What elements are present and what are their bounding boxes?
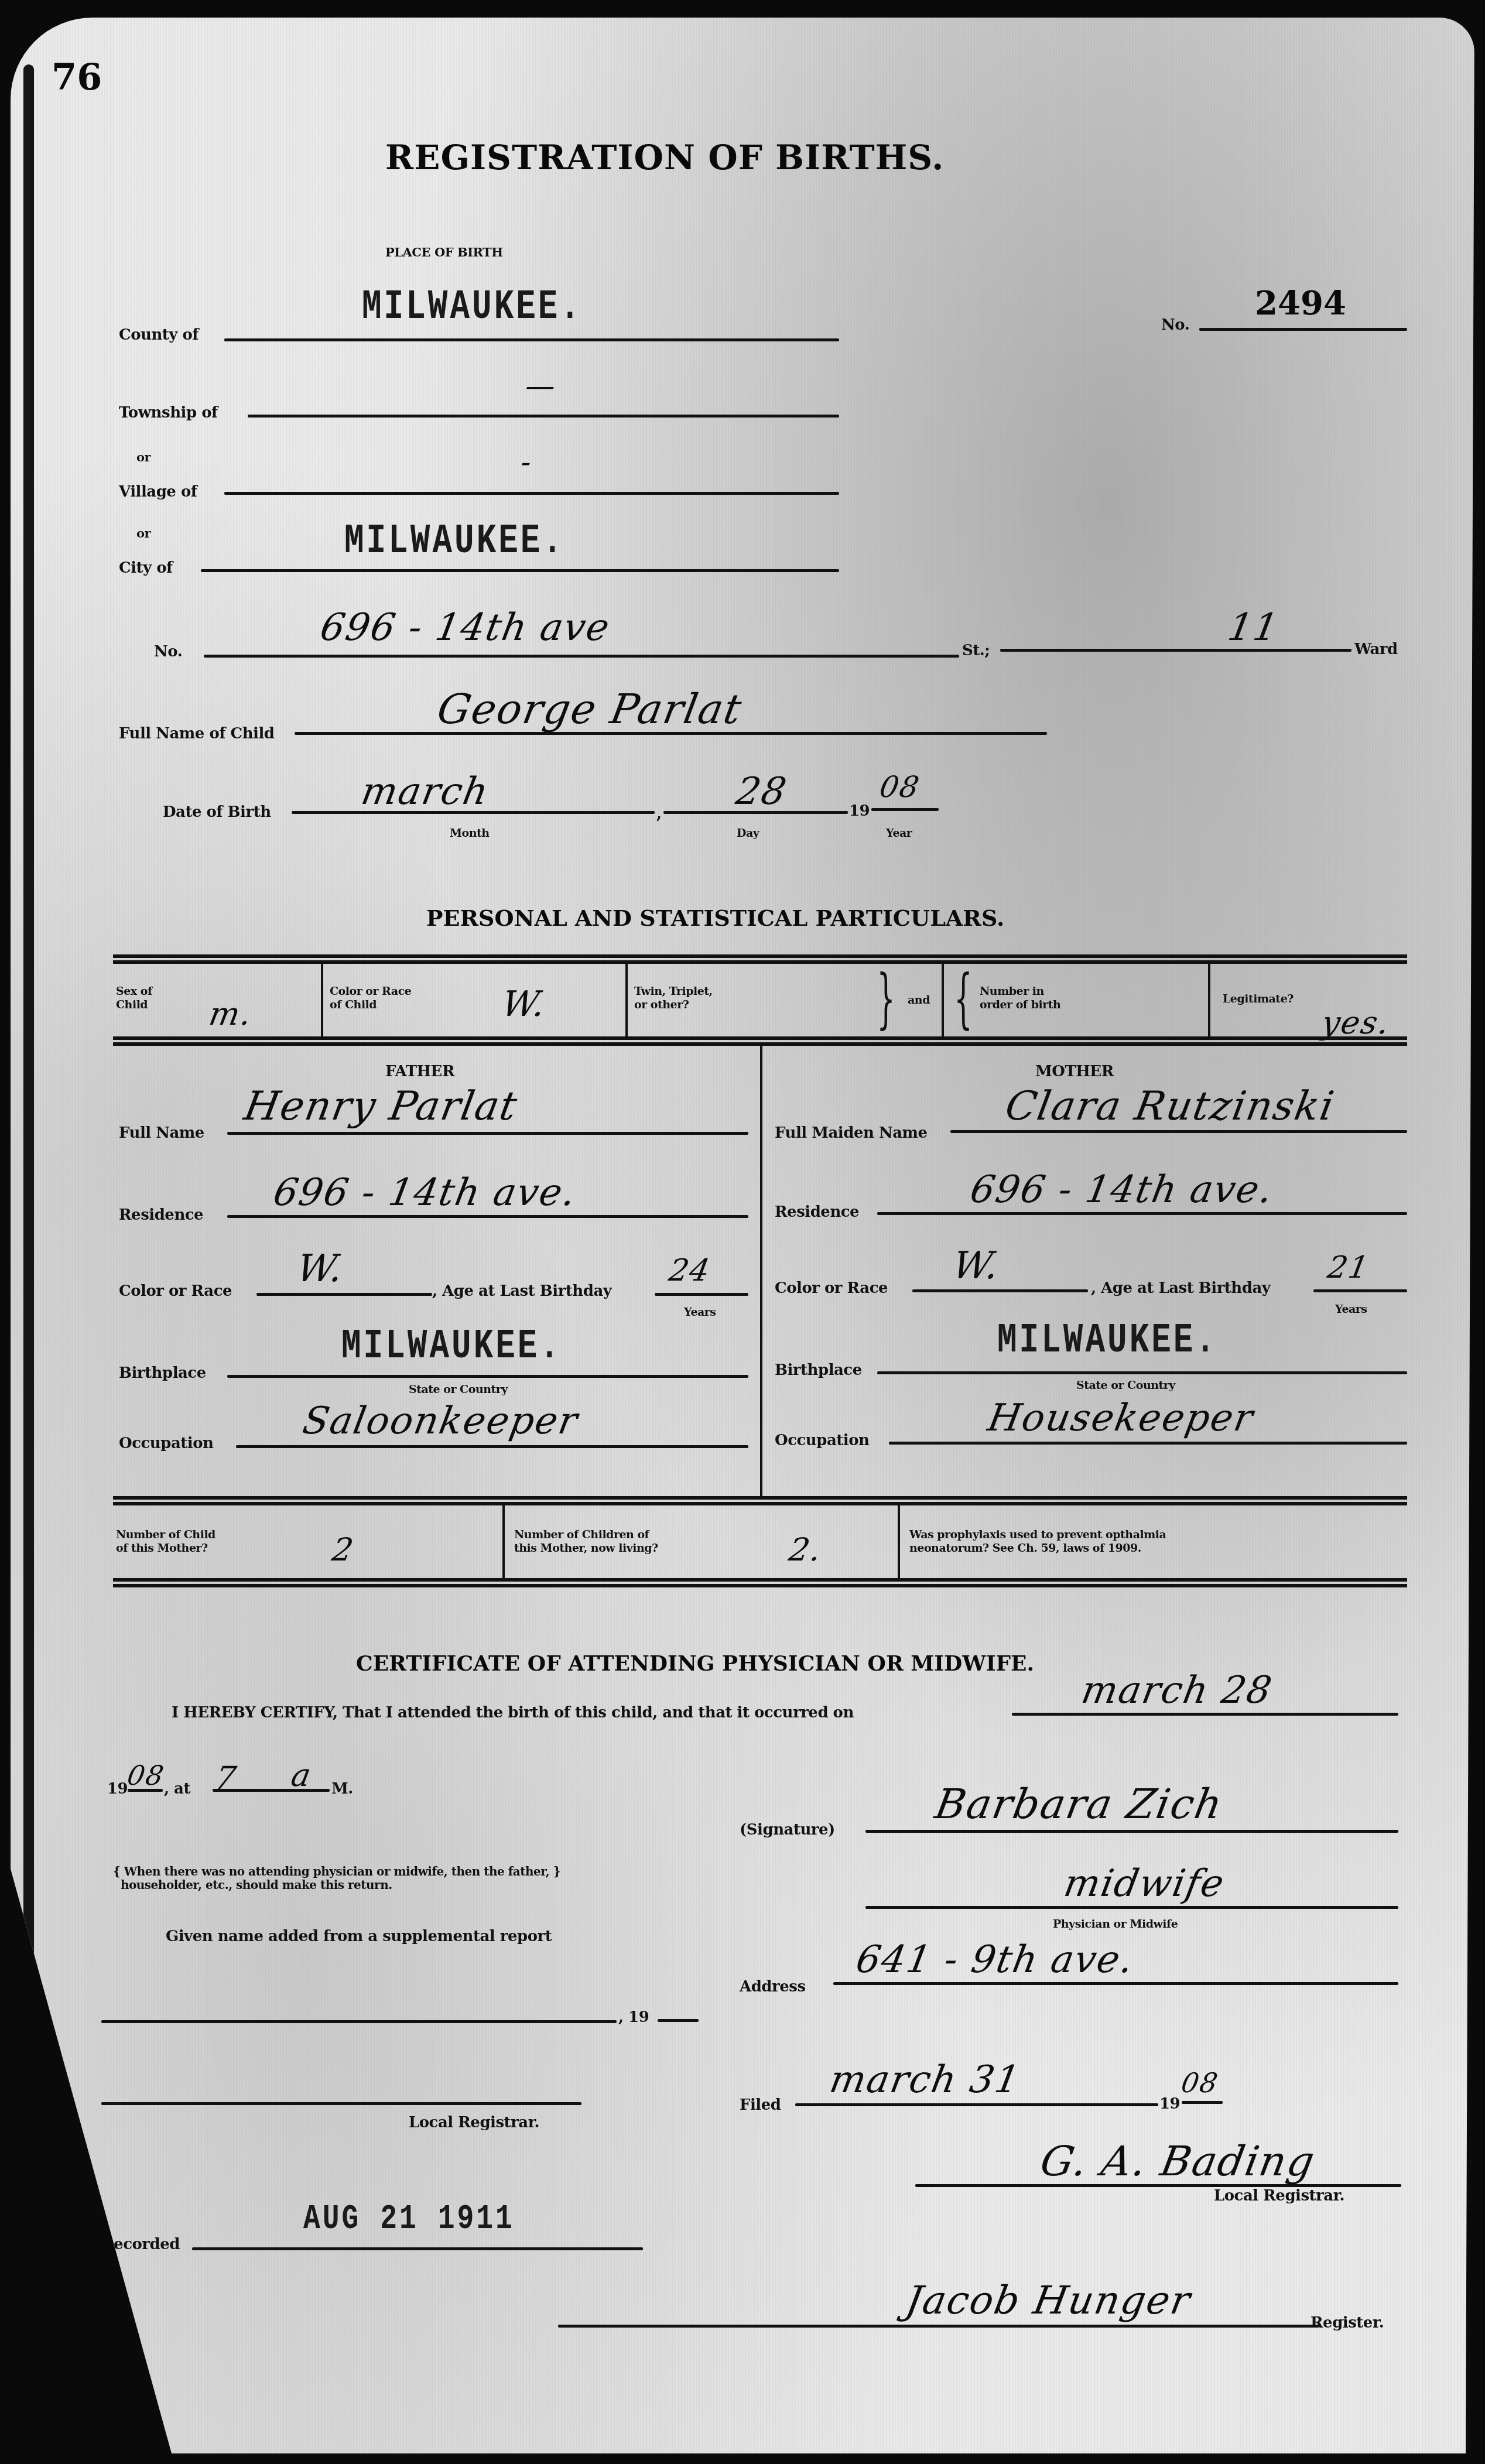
particulars-heading: PERSONAL AND STATISTICAL PARTICULARS. bbox=[426, 905, 1004, 931]
county-line bbox=[224, 338, 839, 341]
no-physician-note: { When there was no attending physician … bbox=[113, 1865, 560, 1892]
mother-race-label: Color or Race bbox=[775, 1279, 888, 1297]
street-address-value: 696 - 14th ave bbox=[317, 606, 613, 649]
particulars-bottom-rule bbox=[113, 1036, 1407, 1046]
father-heading: FATHER bbox=[385, 1063, 454, 1080]
father-race-label: Color or Race bbox=[119, 1282, 232, 1300]
dob-month-value: march bbox=[358, 770, 492, 813]
document-title: REGISTRATION OF BIRTHS. bbox=[385, 138, 944, 177]
father-age-value: 24 bbox=[666, 1253, 714, 1288]
or-separator-1: or bbox=[136, 450, 150, 464]
children-top-rule bbox=[113, 1496, 1407, 1505]
father-state-caption: State or Country bbox=[409, 1383, 508, 1397]
num-child-value: 2 bbox=[329, 1531, 357, 1568]
father-occupation-value: Saloonkeeper bbox=[299, 1399, 581, 1443]
mother-occupation-value: Housekeeper bbox=[984, 1397, 1257, 1440]
township-line bbox=[248, 415, 839, 417]
mother-years-caption: Years bbox=[1335, 1303, 1367, 1316]
mother-birthplace-value: MILWAUKEE. bbox=[997, 1317, 1217, 1364]
m-label: M. bbox=[331, 1780, 353, 1798]
child-name-value: George Parlat bbox=[434, 685, 746, 733]
recorded-label: Recorded bbox=[101, 2236, 180, 2253]
birth-order-label: Number inorder of birth bbox=[980, 985, 1060, 1012]
mother-occupation-label: Occupation bbox=[775, 1432, 869, 1449]
dob-day-value: 28 bbox=[733, 770, 790, 813]
children-bottom-rule bbox=[113, 1578, 1407, 1587]
given-name-note: Given name added from a supplemental rep… bbox=[166, 1928, 552, 1945]
local-registrar-signature: G. A. Bading bbox=[1037, 2137, 1319, 2185]
children-living-label: Number of Children ofthis Mother, now li… bbox=[514, 1528, 658, 1555]
father-name-label: Full Name bbox=[119, 1124, 204, 1142]
father-name-value: Henry Parlat bbox=[241, 1083, 521, 1130]
legitimate-value: yes. bbox=[1319, 1004, 1392, 1041]
filed-label: Filed bbox=[740, 2096, 781, 2114]
city-value: MILWAUKEE. bbox=[344, 518, 564, 564]
village-value: - bbox=[518, 445, 535, 479]
place-of-birth-heading: PLACE OF BIRTH bbox=[385, 245, 503, 259]
mother-name-label: Full Maiden Name bbox=[775, 1124, 928, 1142]
ward-line bbox=[1000, 649, 1351, 652]
or-separator-2: or bbox=[136, 526, 150, 540]
filed-year-prefix: 19 bbox=[1159, 2095, 1180, 2113]
sex-value: m. bbox=[206, 995, 255, 1032]
filed-year-value: 08 bbox=[1179, 2067, 1221, 2099]
father-occupation-label: Occupation bbox=[119, 1435, 213, 1452]
dob-label: Date of Birth bbox=[163, 803, 271, 821]
parents-divider bbox=[760, 1045, 762, 1496]
father-residence-label: Residence bbox=[119, 1206, 203, 1224]
address-label: Address bbox=[740, 1978, 806, 1996]
township-value: — bbox=[523, 369, 559, 403]
dob-year-line bbox=[871, 808, 939, 811]
mother-heading: MOTHER bbox=[1035, 1063, 1114, 1080]
attendant-address-value: 641 - 9th ave. bbox=[853, 1938, 1137, 1982]
street-line bbox=[204, 655, 959, 658]
mother-race-value: W. bbox=[949, 1244, 1003, 1288]
day-caption: Day bbox=[737, 827, 759, 840]
ward-label: Ward bbox=[1354, 641, 1398, 658]
father-race-value: W. bbox=[293, 1247, 347, 1291]
particulars-top-rule bbox=[113, 954, 1407, 964]
record-number-line bbox=[1199, 328, 1407, 331]
county-label: County of bbox=[119, 326, 199, 344]
num-child-label: Number of Childof this Mother? bbox=[116, 1528, 215, 1555]
legitimate-label: Legitimate? bbox=[1223, 993, 1294, 1006]
child-name-label: Full Name of Child bbox=[119, 725, 275, 742]
prophylaxis-label: Was prophylaxis used to prevent opthalmi… bbox=[909, 1528, 1166, 1555]
local-registrar-caption-right: Local Registrar. bbox=[1214, 2187, 1344, 2205]
at-label: , at bbox=[164, 1780, 190, 1798]
sex-label: Sex ofChild bbox=[116, 985, 152, 1012]
children-living-value: 2. bbox=[786, 1531, 825, 1568]
record-number-label: No. bbox=[1161, 316, 1189, 334]
twin-label: Twin, Triplet,or other? bbox=[634, 985, 713, 1012]
village-line bbox=[224, 492, 839, 495]
signature-label: (Signature) bbox=[740, 1821, 835, 1839]
father-birthplace-value: MILWAUKEE. bbox=[341, 1323, 562, 1370]
page-number: 76 bbox=[52, 56, 102, 98]
mother-birthplace-label: Birthplace bbox=[775, 1361, 862, 1379]
child-race-value: W. bbox=[499, 984, 550, 1025]
record-number-value: 2494 bbox=[1255, 284, 1346, 323]
village-label: Village of bbox=[119, 483, 197, 501]
father-residence-value: 696 - 14th ave. bbox=[270, 1171, 580, 1214]
dob-year-prefix: 19 bbox=[849, 802, 870, 820]
meridiem-value: a bbox=[288, 1757, 314, 1794]
township-label: Township of bbox=[119, 404, 218, 422]
occurred-date-value: march 28 bbox=[1078, 1669, 1275, 1712]
register-signature: Jacob Hunger bbox=[902, 2278, 1195, 2323]
filed-date-value: march 31 bbox=[826, 2058, 1024, 2102]
street-number-label: No. bbox=[154, 643, 182, 661]
city-line bbox=[201, 569, 839, 572]
dob-year-value: 08 bbox=[877, 770, 923, 804]
register-caption: Register. bbox=[1311, 2314, 1384, 2332]
month-caption: Month bbox=[450, 827, 490, 840]
ward-value: 11 bbox=[1224, 606, 1282, 649]
cert-year-value: 08 bbox=[125, 1760, 167, 1791]
mother-age-label: , Age at Last Birthday bbox=[1091, 1279, 1270, 1297]
and-label: and bbox=[908, 994, 930, 1007]
role-caption: Physician or Midwife bbox=[1053, 1918, 1178, 1931]
mother-residence-label: Residence bbox=[775, 1203, 859, 1221]
birth-registration-document: 76 REGISTRATION OF BIRTHS. PLACE OF BIRT… bbox=[11, 18, 1474, 2453]
mother-name-value: Clara Rutzinski bbox=[1002, 1083, 1338, 1130]
father-birthplace-label: Birthplace bbox=[119, 1364, 206, 1382]
certify-text: I HEREBY CERTIFY, That I attended the bi… bbox=[172, 1704, 854, 1722]
street-suffix-label: St.; bbox=[962, 642, 990, 659]
mother-age-value: 21 bbox=[1325, 1250, 1373, 1285]
mother-residence-value: 696 - 14th ave. bbox=[967, 1168, 1277, 1212]
attendant-signature: Barbara Zich bbox=[932, 1780, 1227, 1828]
city-label: City of bbox=[119, 559, 173, 577]
mother-state-caption: State or Country bbox=[1076, 1379, 1175, 1392]
father-age-label: , Age at Last Birthday bbox=[432, 1282, 611, 1300]
county-value: MILWAUKEE. bbox=[362, 283, 582, 330]
brace-left-icon: } bbox=[877, 966, 895, 1031]
year-caption: Year bbox=[886, 827, 912, 840]
certificate-heading: CERTIFICATE OF ATTENDING PHYSICIAN OR MI… bbox=[356, 1651, 1034, 1676]
father-years-caption: Years bbox=[684, 1306, 716, 1319]
attendant-role-value: midwife bbox=[1060, 1862, 1228, 1905]
child-race-label: Color or Raceof Child bbox=[330, 985, 411, 1012]
supp-date-suffix: , 19 bbox=[618, 2008, 649, 2026]
recorded-date-stamp: AUG 21 1911 bbox=[303, 2200, 515, 2240]
local-registrar-caption-left: Local Registrar. bbox=[409, 2114, 539, 2131]
brace-right-icon: { bbox=[954, 966, 973, 1031]
